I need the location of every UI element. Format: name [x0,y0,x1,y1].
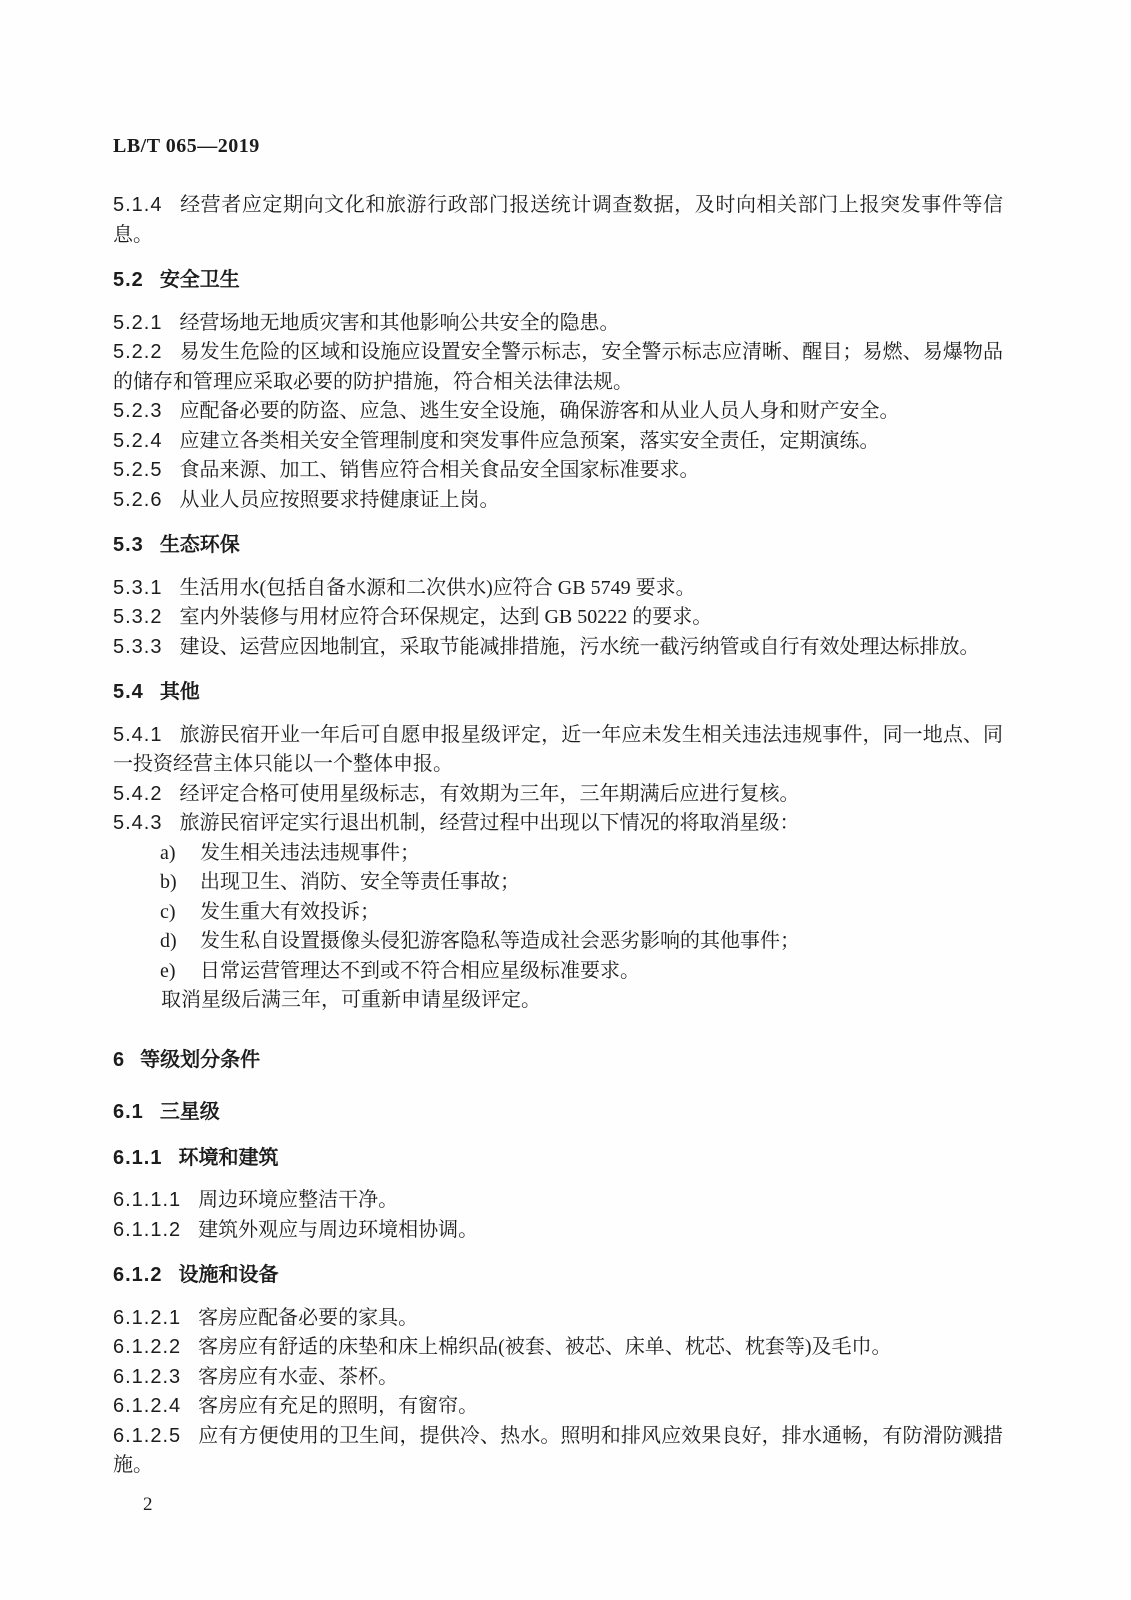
running-header: LB/T 065—2019 [113,135,1003,157]
clause-text: 食品来源、加工、销售应符合相关食品安全国家标准要求。 [179,459,699,481]
list-text: 发生重大有效投诉； [200,901,380,923]
clause-text: 建筑外观应与周边环境相协调。 [198,1219,478,1241]
clause-6-1-2-2: 6.1.2.2客房应有舒适的床垫和床上棉织品(被套、被芯、床单、枕芯、枕套等)及… [113,1333,1003,1363]
list-text: 发生相关违法违规事件； [200,842,420,864]
heading-number: 5.3 [113,534,144,556]
list-text: 出现卫生、消防、安全等责任事故； [200,871,520,893]
clause-number: 5.3.1 [113,577,162,599]
clause-text: 应建立各类相关安全管理制度和突发事件应急预案，落实安全责任，定期演练。 [179,430,879,452]
heading-text: 生态环保 [160,534,240,556]
clause-text: 旅游民宿开业一年后可自愿申报星级评定，近一年应未发生相关违法违规事件，同一地点、… [113,724,1003,776]
clause-5-2-6: 5.2.6从业人员应按照要求持健康证上岗。 [113,486,1003,516]
clause-number: 5.2.6 [113,489,162,511]
list-text: 日常运营管理达不到或不符合相应星级标准要求。 [200,960,640,982]
heading-6-1: 6.1三星级 [113,1098,1003,1128]
list-item-c: c)发生重大有效投诉； [113,898,1003,928]
clause-number: 6.1.1.2 [113,1219,181,1241]
heading-number: 5.2 [113,269,144,291]
clause-text: 建设、运营应因地制宜，采取节能减排措施，污水统一截污纳管或自行有效处理达标排放。 [179,636,979,658]
clause-text: 经营者应定期向文化和旅游行政部门报送统计调查数据，及时向相关部门上报突发事件等信… [113,194,1003,246]
heading-number: 6.1.2 [113,1264,162,1286]
clause-5-4-1: 5.4.1旅游民宿开业一年后可自愿申报星级评定，近一年应未发生相关违法违规事件，… [113,721,1003,780]
list-item-d: d)发生私自设置摄像头侵犯游客隐私等造成社会恶劣影响的其他事件； [113,927,1003,957]
clause-text: 易发生危险的区域和设施应设置安全警示标志，安全警示标志应清晰、醒目；易燃、易爆物… [113,341,1003,393]
list-item-e: e)日常运营管理达不到或不符合相应星级标准要求。 [113,957,1003,987]
clause-number: 5.2.4 [113,430,162,452]
clause-number: 5.3.2 [113,606,162,628]
clause-text: 客房应有充足的照明，有窗帘。 [198,1395,478,1417]
heading-text: 设施和设备 [178,1264,278,1286]
clause-text: 室内外装修与用材应符合环保规定，达到 GB 50222 的要求。 [179,606,712,628]
list-text: 发生私自设置摄像头侵犯游客隐私等造成社会恶劣影响的其他事件； [200,930,800,952]
clause-number: 6.1.2.3 [113,1366,181,1388]
list-marker: d) [160,927,200,957]
clause-6-1-1-2: 6.1.1.2建筑外观应与周边环境相协调。 [113,1216,1003,1246]
heading-text: 安全卫生 [160,269,240,291]
list-item-a: a)发生相关违法违规事件； [113,839,1003,869]
clause-number: 5.2.2 [113,341,162,363]
clause-text: 客房应配备必要的家具。 [198,1307,418,1329]
clause-5-2-4: 5.2.4应建立各类相关安全管理制度和突发事件应急预案，落实安全责任，定期演练。 [113,427,1003,457]
clause-text: 经营场地无地质灾害和其他影响公共安全的隐患。 [179,312,619,334]
document-body: LB/T 065—2019 5.1.4经营者应定期向文化和旅游行政部门报送统计调… [113,135,1003,1518]
clause-6-1-2-5: 6.1.2.5应有方便使用的卫生间，提供冷、热水。照明和排风应效果良好，排水通畅… [113,1422,1003,1481]
closing-paragraph: 取消星级后满三年，可重新申请星级评定。 [113,986,1003,1016]
clause-number: 5.2.3 [113,400,162,422]
page-number: 2 [113,1492,1003,1518]
clause-5-3-3: 5.3.3建设、运营应因地制宜，采取节能减排措施，污水统一截污纳管或自行有效处理… [113,633,1003,663]
clause-number: 6.1.2.2 [113,1336,181,1358]
heading-number: 6.1.1 [113,1147,162,1169]
chapter-text: 等级划分条件 [140,1049,260,1071]
clause-5-1-4: 5.1.4经营者应定期向文化和旅游行政部门报送统计调查数据，及时向相关部门上报突… [113,191,1003,250]
clause-6-1-2-4: 6.1.2.4客房应有充足的照明，有窗帘。 [113,1392,1003,1422]
clause-text: 客房应有舒适的床垫和床上棉织品(被套、被芯、床单、枕芯、枕套等)及毛巾。 [198,1336,891,1358]
clause-number: 5.4.2 [113,783,162,805]
clause-text: 经评定合格可使用星级标志，有效期为三年，三年期满后应进行复核。 [179,783,799,805]
clause-5-2-3: 5.2.3应配备必要的防盗、应急、逃生安全设施，确保游客和从业人员人身和财产安全… [113,397,1003,427]
clause-text: 应有方便使用的卫生间，提供冷、热水。照明和排风应效果良好，排水通畅，有防滑防溅措… [113,1425,1003,1477]
paragraph-text: 取消星级后满三年，可重新申请星级评定。 [161,989,541,1011]
chapter-6: 6等级划分条件 [113,1046,1003,1076]
clause-number: 6.1.2.1 [113,1307,181,1329]
clause-number: 6.1.1.1 [113,1189,181,1211]
clause-number: 5.2.1 [113,312,162,334]
clause-5-2-1: 5.2.1经营场地无地质灾害和其他影响公共安全的隐患。 [113,309,1003,339]
clause-6-1-2-3: 6.1.2.3客房应有水壶、茶杯。 [113,1363,1003,1393]
heading-5-2: 5.2安全卫生 [113,266,1003,296]
clause-6-1-2-1: 6.1.2.1客房应配备必要的家具。 [113,1304,1003,1334]
clause-text: 应配备必要的防盗、应急、逃生安全设施，确保游客和从业人员人身和财产安全。 [179,400,899,422]
clause-text: 客房应有水壶、茶杯。 [198,1366,398,1388]
clause-5-4-2: 5.4.2经评定合格可使用星级标志，有效期为三年，三年期满后应进行复核。 [113,780,1003,810]
clause-5-3-2: 5.3.2室内外装修与用材应符合环保规定，达到 GB 50222 的要求。 [113,603,1003,633]
clause-number: 5.4.3 [113,812,162,834]
clause-number: 6.1.2.4 [113,1395,181,1417]
clause-text: 旅游民宿评定实行退出机制，经营过程中出现以下情况的将取消星级： [179,812,799,834]
clause-number: 5.4.1 [113,724,162,746]
heading-number: 5.4 [113,681,144,703]
chapter-number: 6 [113,1049,125,1071]
clause-5-3-1: 5.3.1生活用水(包括自备水源和二次供水)应符合 GB 5749 要求。 [113,574,1003,604]
clause-6-1-1-1: 6.1.1.1周边环境应整洁干净。 [113,1186,1003,1216]
heading-5-3: 5.3生态环保 [113,531,1003,561]
clause-number: 5.3.3 [113,636,162,658]
heading-5-4: 5.4其他 [113,678,1003,708]
clause-5-4-3: 5.4.3旅游民宿评定实行退出机制，经营过程中出现以下情况的将取消星级： [113,809,1003,839]
heading-6-1-1: 6.1.1环境和建筑 [113,1144,1003,1174]
list-marker: b) [160,868,200,898]
clause-text: 从业人员应按照要求持健康证上岗。 [179,489,499,511]
document-page: LB/T 065—2019 5.1.4经营者应定期向文化和旅游行政部门报送统计调… [0,0,1131,1600]
heading-text: 其他 [160,681,200,703]
clause-5-2-2: 5.2.2易发生危险的区域和设施应设置安全警示标志，安全警示标志应清晰、醒目；易… [113,338,1003,397]
heading-number: 6.1 [113,1101,144,1123]
heading-text: 三星级 [160,1101,220,1123]
list-item-b: b)出现卫生、消防、安全等责任事故； [113,868,1003,898]
heading-6-1-2: 6.1.2设施和设备 [113,1261,1003,1291]
list-marker: e) [160,957,200,987]
heading-text: 环境和建筑 [178,1147,278,1169]
list-marker: a) [160,839,200,869]
clause-text: 生活用水(包括自备水源和二次供水)应符合 GB 5749 要求。 [179,577,695,599]
clause-5-2-5: 5.2.5食品来源、加工、销售应符合相关食品安全国家标准要求。 [113,456,1003,486]
clause-number: 5.1.4 [113,194,162,216]
clause-number: 5.2.5 [113,459,162,481]
clause-number: 6.1.2.5 [113,1425,181,1447]
clause-text: 周边环境应整洁干净。 [198,1189,398,1211]
list-marker: c) [160,898,200,928]
